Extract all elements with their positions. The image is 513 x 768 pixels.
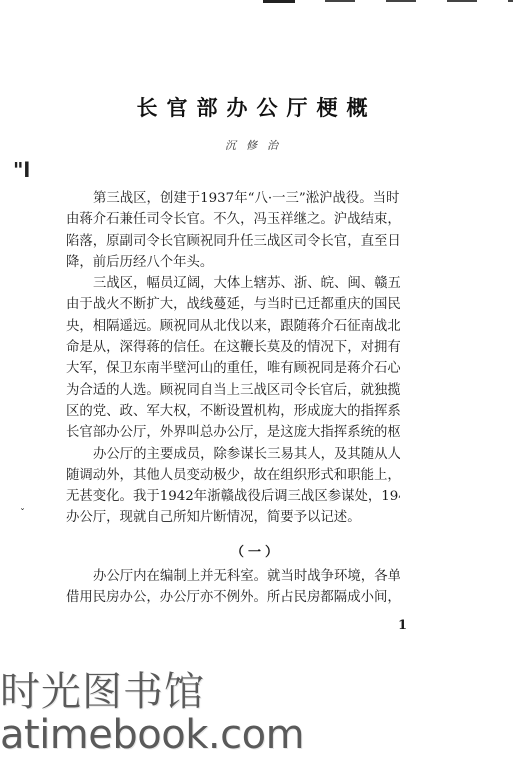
text-line: 央，相隔遥远。顾祝同从北伐以来，跟随蒋介石征南战北，唯 bbox=[66, 316, 400, 337]
text-line: 陷落，原副司令长官顾祝同升任三战区司令长官，直至日本投 bbox=[66, 231, 400, 252]
text-line: 由于战火不断扩大，战线蔓延，与当时已迁都重庆的国民党中 bbox=[66, 294, 400, 315]
text-line: 大军，保卫东南半壁河山的重任，唯有顾祝同是蒋介石心目中较 bbox=[66, 358, 400, 379]
watermark-name: 时光图书馆 bbox=[0, 660, 205, 717]
header-rule bbox=[325, 0, 355, 2]
watermark-site: atimebook.com bbox=[0, 712, 304, 758]
text-line: 无甚变化。我于1942年浙赣战役后调三战区参谋处，1943年到 bbox=[66, 486, 400, 507]
article-author: 沉修治 bbox=[0, 137, 513, 153]
text-line: 长官部办公厅，外界叫总办公厅，是这庞大指挥系统的枢纽。 bbox=[66, 422, 400, 443]
text-line: 随调动外，其他人员变动极少，故在组织形式和职能上，前后 bbox=[66, 465, 400, 486]
margin-mark: ˇ bbox=[20, 508, 25, 519]
page-number: 1 bbox=[398, 618, 407, 633]
section-body: 办公厅内在编制上并无科室。就当时战争环境，各单位都 借用民房办公，办公厅亦不例外… bbox=[66, 566, 400, 608]
header-rule bbox=[447, 0, 477, 2]
text-line: 降，前后历经八个年头。 bbox=[66, 252, 400, 273]
margin-mark: "l bbox=[13, 158, 30, 182]
text-line: 第三战区，创建于1937年“八·一三”淞沪战役。当时， bbox=[66, 188, 400, 209]
text-line: 办公厅，现就自己所知片断情况，简要予以记述。 bbox=[66, 507, 400, 528]
text-line: 区的党、政、军大权，不断设置机构，形成庞大的指挥系统。 bbox=[66, 401, 400, 422]
text-line: 三战区，幅员辽阔，大体上辖苏、浙、皖、闽、赣五省。 bbox=[66, 273, 400, 294]
section-heading: （一） bbox=[0, 541, 513, 560]
text-line: 办公厅的主要成员，除参谋长三易其人，及其随从人员伴 bbox=[66, 444, 400, 465]
text-line: 借用民房办公，办公厅亦不例外。所占民房都隔成小间，习惯 bbox=[66, 587, 400, 608]
header-rule bbox=[386, 0, 416, 2]
header-rule bbox=[263, 0, 295, 3]
text-line: 命是从，深得蒋的信任。在这鞭长莫及的情况下，对拥有数十万 bbox=[66, 337, 400, 358]
text-line: 办公厅内在编制上并无科室。就当时战争环境，各单位都 bbox=[66, 566, 400, 587]
article-body: 第三战区，创建于1937年“八·一三”淞沪战役。当时， 由蒋介石兼任司令长官。不… bbox=[66, 188, 400, 529]
article-title: 长官部办公厅梗概 bbox=[0, 92, 513, 122]
header-rule bbox=[508, 0, 513, 2]
text-line: 由蒋介石兼任司令长官。不久，冯玉祥继之。沪战结束，南京 bbox=[66, 209, 400, 230]
text-line: 为合适的人选。顾祝同自当上三战区司令长官后，就独揽了战 bbox=[66, 380, 400, 401]
